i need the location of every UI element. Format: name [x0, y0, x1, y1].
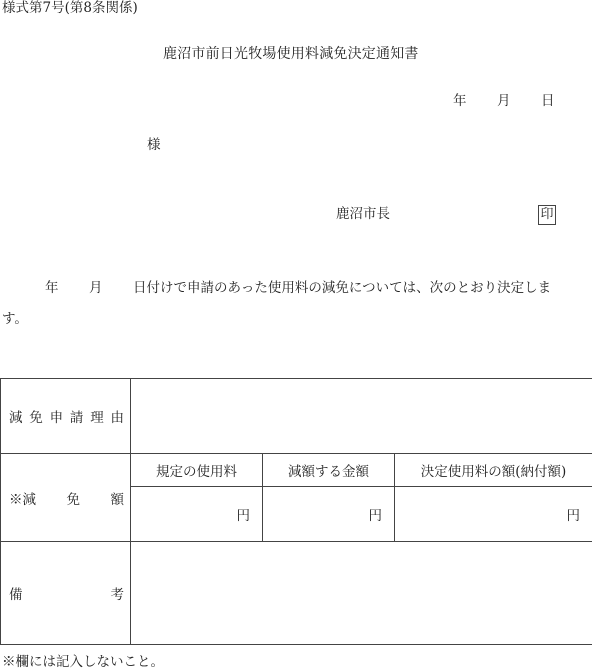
label-char: 請	[70, 406, 84, 426]
label-char: 考	[111, 583, 125, 603]
label-char: 減	[9, 406, 23, 426]
standard-fee-value: 円	[131, 487, 263, 542]
label-char: 免	[29, 406, 43, 426]
body-month: 月	[89, 282, 103, 296]
label-char: 免	[67, 488, 81, 508]
addressee-suffix: 様	[147, 139, 161, 153]
amount-label: ※減 免 額	[1, 454, 131, 542]
date-month: 月	[497, 95, 511, 109]
header-reduction-amount: 減額する金額	[263, 454, 395, 487]
label-char: 申	[50, 406, 64, 426]
footnote: ※欄には記入しないこと。	[2, 656, 164, 670]
remarks-label: 備 考	[1, 542, 131, 645]
header-decided-fee: 決定使用料の額(納付額)	[395, 454, 592, 487]
reduction-table: 減 免 申 請 理 由 ※減 免 額 規定の使用料 減額する金額 決定使用料の額…	[0, 378, 592, 645]
label-char: ※減	[9, 488, 36, 508]
label-char: 由	[110, 406, 124, 426]
decided-fee-value: 円	[395, 487, 592, 542]
seal-mark: 印	[538, 205, 556, 225]
date-day: 日	[541, 95, 555, 109]
body-year: 年	[45, 282, 59, 296]
reason-value	[131, 379, 592, 454]
header-standard-fee: 規定の使用料	[131, 454, 263, 487]
remarks-value	[131, 542, 592, 645]
date-year: 年	[453, 95, 467, 109]
label-char: 額	[111, 488, 125, 508]
amount-header-row: ※減 免 額 規定の使用料 減額する金額 決定使用料の額(納付額)	[1, 454, 592, 487]
form-number: 様式第7号(第8条関係)	[2, 2, 138, 16]
remarks-row: 備 考	[1, 542, 592, 645]
reason-row: 減 免 申 請 理 由	[1, 379, 592, 454]
reduction-amount-value: 円	[263, 487, 395, 542]
document-title: 鹿沼市前日光牧場使用料減免決定通知書	[163, 47, 419, 61]
label-char: 備	[9, 583, 23, 603]
issuer-name: 鹿沼市長	[336, 208, 390, 222]
reason-label: 減 免 申 請 理 由	[1, 379, 131, 454]
body-text-line1: 日付けで申請のあった使用料の減免については、次のとおり決定しま	[133, 282, 551, 296]
body-text-line2: す。	[2, 313, 28, 327]
label-char: 理	[90, 406, 104, 426]
